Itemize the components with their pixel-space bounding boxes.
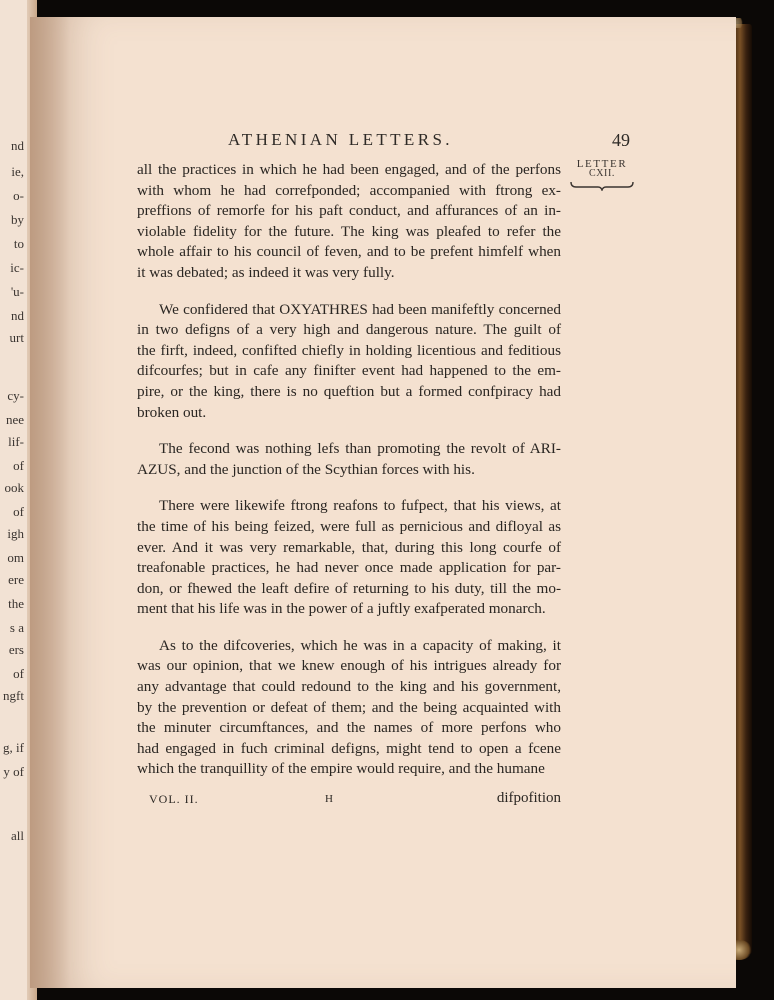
- left-page-fragment: ngft: [3, 688, 24, 704]
- text-line: any advantage that could redound to the …: [137, 677, 561, 698]
- left-page-fragment: urt: [10, 330, 24, 346]
- left-page-fragment: of: [13, 458, 24, 474]
- text-line: As to the difcoveries, which he was in a…: [137, 636, 561, 657]
- page-footer: VOL. II. H difpofition: [137, 790, 561, 810]
- left-page-text-fragments: ndie,o-bytoic-'u-ndurtcy-neelif-ofookofi…: [0, 0, 30, 1000]
- text-line: with whom he had correfponded; accompani…: [137, 181, 561, 202]
- left-page-fragment: nd: [11, 138, 24, 154]
- text-line: was our opinion, that we knew enough of …: [137, 656, 561, 677]
- text-line: difcourfes; but in cafe any finifter eve…: [137, 361, 561, 382]
- left-page-fragment: om: [7, 550, 24, 566]
- left-page-fragment: by: [11, 212, 24, 228]
- signature-mark: H: [325, 793, 333, 805]
- paragraph: We confidered that OXYATHRES had been ma…: [137, 300, 561, 424]
- text-line: don, or fhewed the leaft defire of retur…: [137, 579, 561, 600]
- left-page-fragment: g, if: [3, 740, 24, 756]
- left-page-fragment: ie,: [11, 164, 24, 180]
- text-line: pire, or the king, there is no queftion …: [137, 382, 561, 403]
- left-page-fragment: 'u-: [11, 284, 24, 300]
- text-line: broken out.: [137, 403, 561, 424]
- paragraph: The fecond was nothing lefs than promoti…: [137, 439, 561, 480]
- text-line: by the prevention or defeat of them; and…: [137, 698, 561, 719]
- left-page-fragment: ic-: [10, 260, 24, 276]
- text-line: whole affair to his council of feven, an…: [137, 242, 561, 263]
- text-line: which the tranquillity of the empire wou…: [137, 759, 561, 780]
- text-line: the time of his being feized, were full …: [137, 517, 561, 538]
- text-line: There were likewife ftrong reafons to fu…: [137, 496, 561, 517]
- margin-note: LETTER CXII.: [567, 158, 637, 191]
- text-line: all the practices in which he had been e…: [137, 160, 561, 181]
- text-line: it was debated; as indeed it was very fu…: [137, 263, 561, 284]
- paragraph: There were likewife ftrong reafons to fu…: [137, 496, 561, 620]
- text-line: We confidered that OXYATHRES had been ma…: [137, 300, 561, 321]
- left-page-fragment: o-: [13, 188, 24, 204]
- text-line: The fecond was nothing lefs than promoti…: [137, 439, 561, 460]
- catchword: difpofition: [497, 790, 561, 807]
- left-page-fragment: cy-: [7, 388, 24, 404]
- paragraph: As to the difcoveries, which he was in a…: [137, 636, 561, 780]
- text-line: in two defigns of a very high and danger…: [137, 320, 561, 341]
- body-text: all the practices in which he had been e…: [137, 160, 561, 796]
- left-page-fragment: the: [8, 596, 24, 612]
- text-line: preffions of remorfe for his paft conduc…: [137, 201, 561, 222]
- text-line: AZUS, and the junction of the Scythian f…: [137, 460, 561, 481]
- brace-icon: [570, 181, 634, 191]
- left-page-fragment: nd: [11, 308, 24, 324]
- left-page-fragment: igh: [7, 526, 24, 542]
- text-line: violable fidelity for the future. The ki…: [137, 222, 561, 243]
- left-page-fragment: ook: [5, 480, 25, 496]
- text-line: the firft, indeed, confifted chiefly in …: [137, 341, 561, 362]
- paragraph: all the practices in which he had been e…: [137, 160, 561, 284]
- page-number: 49: [612, 130, 630, 151]
- text-line: had engaged in fuch criminal defigns, mi…: [137, 739, 561, 760]
- text-line: ever. And it was very remarkable, that, …: [137, 538, 561, 559]
- left-page-fragment: to: [14, 236, 24, 252]
- text-line: treafonable practices, he had never once…: [137, 558, 561, 579]
- left-page-fragment: ers: [9, 642, 24, 658]
- text-line: ment that his life was in the power of a…: [137, 599, 561, 620]
- left-page-fragment: ere: [8, 572, 24, 588]
- left-page-fragment: y of: [3, 764, 24, 780]
- volume-label: VOL. II.: [149, 792, 199, 807]
- left-page-fragment: s a: [10, 620, 24, 636]
- left-page-fragment: lif-: [8, 434, 24, 450]
- left-page-fragment: of: [13, 666, 24, 682]
- running-head: ATHENIAN LETTERS.: [228, 130, 453, 150]
- text-line: the minuter circumftances, and the names…: [137, 718, 561, 739]
- left-page-fragment: all: [11, 828, 24, 844]
- left-page-fragment: of: [13, 504, 24, 520]
- left-page-fragment: nee: [6, 412, 24, 428]
